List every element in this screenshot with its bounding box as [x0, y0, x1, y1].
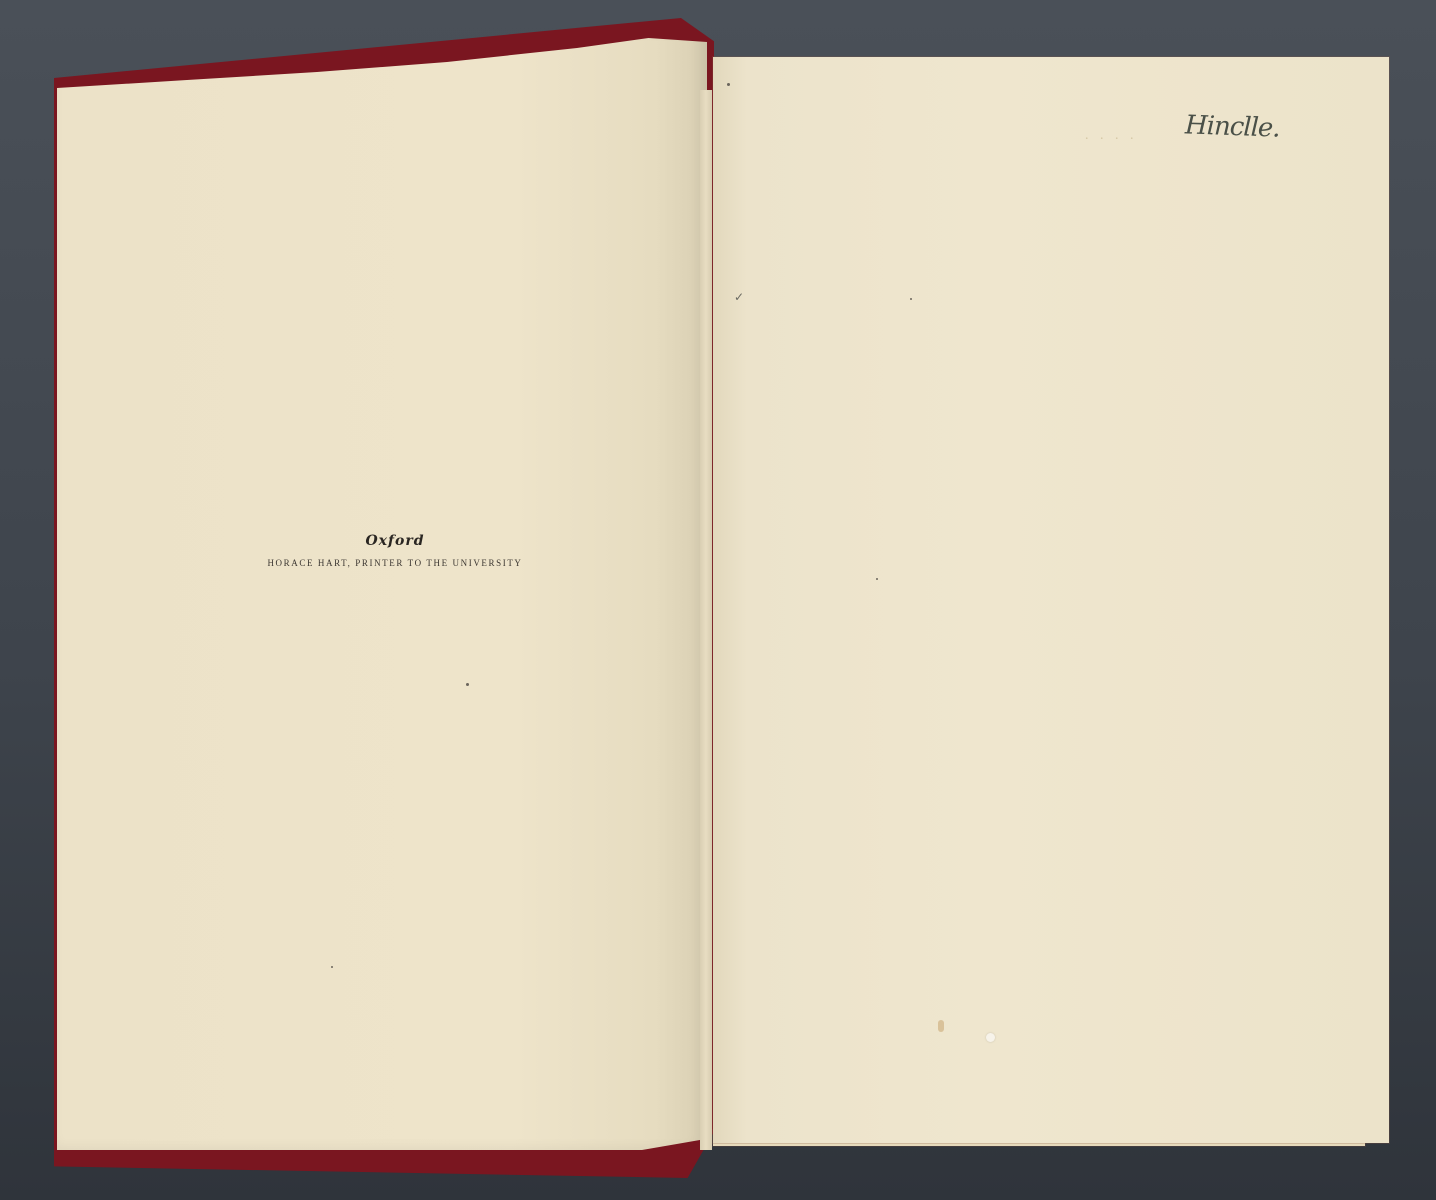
paper-speck [727, 83, 730, 86]
foxing-stain [938, 1020, 944, 1032]
paper-speck [466, 683, 469, 686]
imprint-place: Oxford [240, 533, 550, 549]
handwritten-inscription: Hinclle. [1185, 110, 1281, 143]
right-page [713, 57, 1389, 1143]
pencil-check-mark-icon: ✓ [734, 290, 744, 304]
paper-speck [910, 298, 912, 300]
page-edges [700, 90, 712, 1150]
printer-imprint: Oxford HORACE HART, PRINTER TO THE UNIVE… [240, 533, 550, 568]
imprint-printer: HORACE HART, PRINTER TO THE UNIVERSITY [240, 558, 550, 568]
paper-speck [876, 578, 878, 580]
faint-inscription: . . . . [1085, 128, 1138, 144]
paper-speck [331, 966, 333, 968]
paper-hole [986, 1033, 995, 1042]
left-page [57, 30, 707, 1150]
